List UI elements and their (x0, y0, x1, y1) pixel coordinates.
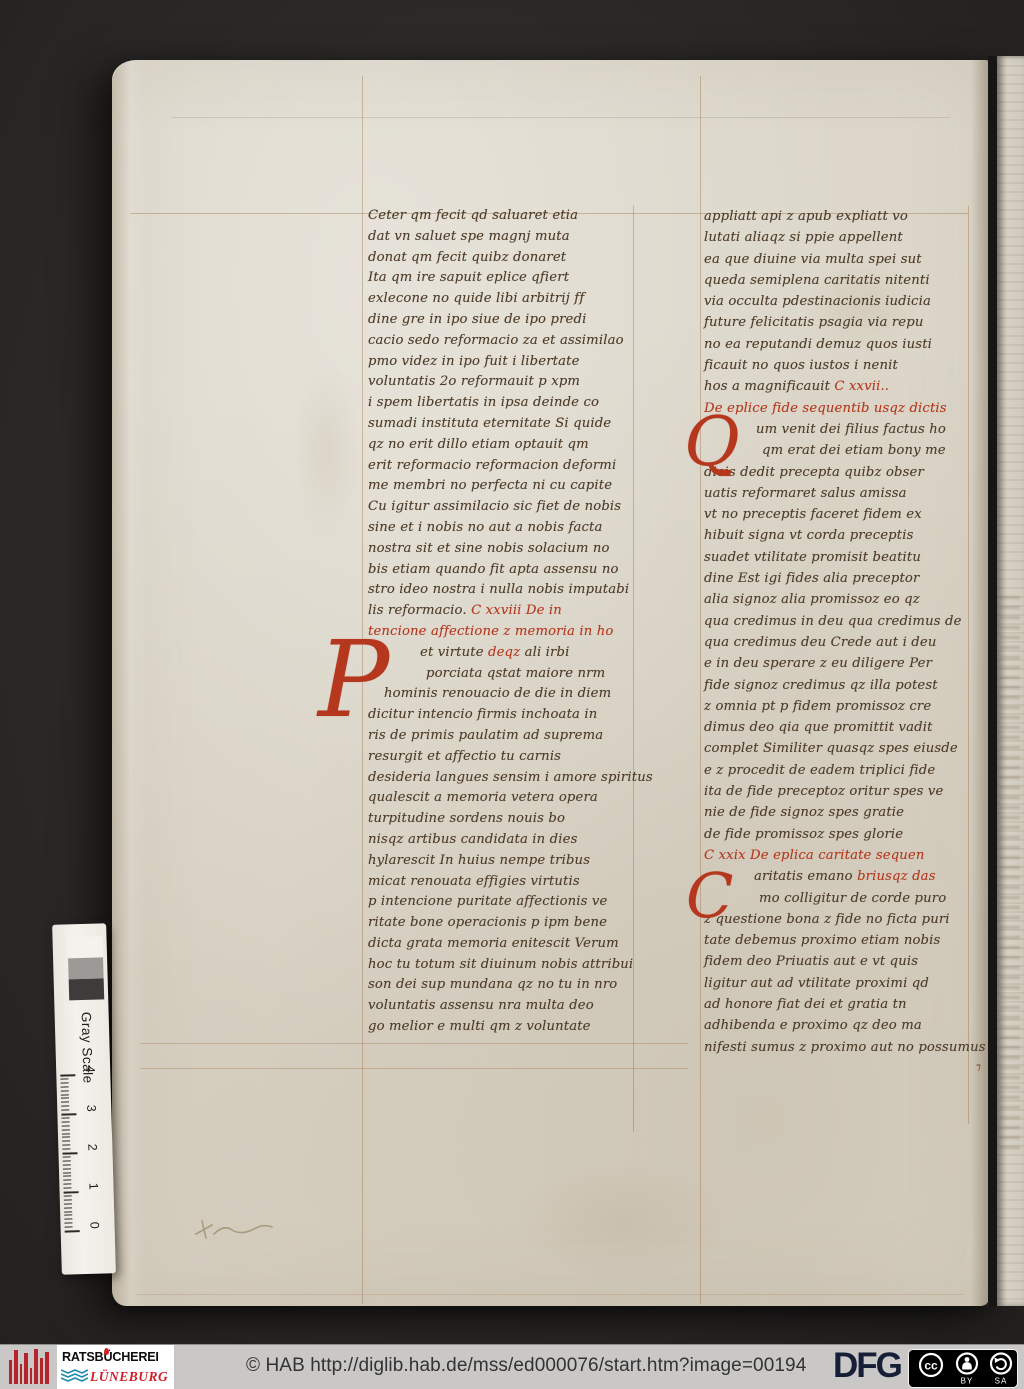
ruler-minor-tick (64, 1223, 72, 1224)
ruler-minor-tick (62, 1145, 70, 1146)
manuscript-line: go melior e multi qm z voluntate (368, 1017, 640, 1038)
manuscript-line: no ea reputandi demuz quos iusti (704, 334, 978, 355)
manuscript-line: ita de fide preceptoz oritur spes ve (704, 781, 978, 802)
manuscript-line: sine et i nobis no aut a nobis facta (368, 518, 640, 539)
text-column-left: Ceter qm fecit qd saluaret etiadat vn sa… (368, 206, 640, 1038)
copyright-url-text: © HAB http://diglib.hab.de/mss/ed000076/… (246, 1355, 806, 1377)
manuscript-line: z questione bona z fide no ficta puri (704, 909, 978, 930)
manuscript-line: qua credimus in deu qua credimus de (704, 611, 978, 632)
ruler-number: 1 (86, 1183, 100, 1190)
manuscript-line: hibuit signa vt corda preceptis (704, 525, 978, 546)
manuscript-line: voluntatis 2o reformauit p xpm (368, 372, 640, 393)
gray-patch-light (67, 936, 103, 958)
ruler-minor-tick (64, 1195, 72, 1196)
manuscript-line: qualescit a memoria vetera opera (368, 788, 640, 809)
ruler-minor-tick (63, 1172, 71, 1173)
gray-scale-label: Gray Scale (79, 1012, 96, 1084)
manuscript-line: exlecone no quide libi arbitrij ff (368, 289, 640, 310)
manuscript-line: Ita qm ire sapuit eplice qfiert (368, 268, 640, 289)
manuscript-line: dicitur intencio firmis inchoata in (368, 705, 640, 726)
ruler-minor-tick (64, 1199, 72, 1200)
manuscript-line: turpitudine sordens nouis bo (368, 809, 640, 830)
parchment-stain (512, 1160, 732, 1280)
ruling-line-vertical (700, 76, 701, 1304)
manuscript-line: complet Similiter quasqz spes eiusde (704, 738, 978, 759)
ruler-major-tick (60, 1074, 75, 1076)
manuscript-line: fide signoz credimus qz illa potest (704, 675, 978, 696)
rubricated-initial-P: P (318, 632, 389, 727)
ruler-minor-tick (61, 1086, 69, 1087)
manuscript-line: erit reformacio reformacion deformi (368, 456, 640, 477)
manuscript-line: uatis reformaret salus amissa (704, 483, 978, 504)
ruler-number: 3 (84, 1105, 98, 1112)
manuscript-line: C xxix De eplica caritate sequen (704, 845, 978, 866)
manuscript-line: nie de fide signoz spes gratie (704, 802, 978, 823)
parchment-crease (172, 117, 950, 118)
manuscript-line: De eplice fide sequentib usqz dictis (704, 398, 978, 419)
library-logo: RATSBÜCHEREI LÜNEBURG (57, 1345, 174, 1389)
manuscript-line: son dei sup mundana qz no tu in nro (368, 975, 640, 996)
manuscript-line: alia signoz alia promissoz eo qz (704, 589, 978, 610)
ruler-minor-tick (62, 1137, 70, 1138)
ruler-minor-tick (61, 1110, 69, 1111)
manuscript-line: tate debemus proximo etiam nobis (704, 930, 978, 951)
ruling-line-horizontal (140, 1043, 688, 1044)
manuscript-line: dine gre in ipo siue de ipo predi (368, 310, 640, 331)
manuscript-line: nifesti sumus z proximo aut no possumus (704, 1037, 978, 1058)
ruler-minor-tick (62, 1125, 70, 1126)
dfg-logo: DFG (833, 1346, 901, 1386)
library-name: RATSBÜCHEREI (62, 1350, 159, 1364)
manuscript-line: via occulta pdestinacionis iudicia (704, 291, 978, 312)
manuscript-line: Ceter qm fecit qd saluaret etia (368, 206, 640, 227)
photo-stage: Ceter qm fecit qd saluaret etiadat vn sa… (0, 0, 1024, 1389)
manuscript-line: e z procedit de eadem triplici fide (704, 760, 978, 781)
manuscript-line: queda semiplena caritatis nitenti (704, 270, 978, 291)
manuscript-line: qua credimus deu Crede aut i deu (704, 632, 978, 653)
cc-icon-text: cc (924, 1359, 938, 1373)
manuscript-line: fidem deo Priuatis aut e vt quis (704, 951, 978, 972)
manuscript-line: nisqz artibus candidata in dies (368, 830, 640, 851)
facing-page-text-bleed (1000, 596, 1020, 1156)
manuscript-line: aritatis emano briusqz das (704, 866, 978, 887)
manuscript-line: tencione affectione z memoria in ho (368, 622, 640, 643)
manuscript-line: dicis dedit precepta quibz obser (704, 462, 978, 483)
ruler-minor-tick (63, 1164, 71, 1165)
rubricated-initial-Q: Q (684, 412, 740, 473)
manuscript-line: micat renouata effigies virtutis (368, 872, 640, 893)
manuscript-line: vt no preceptis faceret fidem ex (704, 504, 978, 525)
manuscript-line: ris de primis paulatim ad suprema (368, 726, 640, 747)
rubricated-initial-C: C (686, 868, 733, 924)
ruler-minor-tick (61, 1082, 69, 1083)
ruler-minor-tick (64, 1207, 72, 1208)
manuscript-line: p intencione puritate affectionis ve (368, 892, 640, 913)
ruler-minor-tick (63, 1180, 71, 1181)
manuscript-line: hominis renouacio de die in diem (368, 684, 640, 705)
manuscript-line: cacio sedo reformacio za et assimilao (368, 331, 640, 352)
ruler-minor-tick (64, 1211, 72, 1212)
ruler-minor-tick (63, 1156, 71, 1157)
pen-trial-mark (190, 1212, 300, 1252)
manuscript-line: dine Est igi fides alia preceptor (704, 568, 978, 589)
ratsbuecherei-logo-icon (8, 1348, 52, 1387)
ruler-minor-tick (62, 1121, 70, 1122)
ruler-minor-tick (61, 1102, 69, 1103)
ruler-minor-tick (62, 1133, 70, 1134)
manuscript-line: dimus deo qia que promittit vadit (704, 717, 978, 738)
ruler-minor-tick (62, 1129, 70, 1130)
manuscript-line: lis reformacio. C xxviii De in (368, 601, 640, 622)
ruling-line-horizontal (140, 1068, 688, 1069)
sa-arrow-icon (991, 1354, 1011, 1374)
manuscript-line: voluntatis assensu nra multa deo (368, 996, 640, 1017)
ruler-minor-tick (61, 1106, 69, 1107)
ruler-minor-tick (62, 1141, 70, 1142)
manuscript-line: e in deu sperare z eu diligere Per (704, 653, 978, 674)
manuscript-line: lutati aliaqz si ppie appellent (704, 227, 978, 248)
gray-scale-bar: Gray Scale 43210 (52, 923, 116, 1274)
gray-scale-ruler: 43210 (52, 923, 106, 925)
library-city: LÜNEBURG (90, 1369, 168, 1385)
ruler-minor-tick (64, 1203, 72, 1204)
manuscript-line: pmo videz in ipo fuit i libertate (368, 352, 640, 373)
ruler-minor-tick (63, 1176, 71, 1177)
manuscript-line: de fide promissoz spes glorie (704, 824, 978, 845)
gray-patch-mid (68, 957, 104, 979)
ruler-minor-tick (63, 1184, 71, 1185)
manuscript-line: resurgit et affectio tu carnis (368, 747, 640, 768)
manuscript-line: ad honore fiat dei et gratia tn (704, 994, 978, 1015)
manuscript-line: mo colligitur de corde puro (704, 888, 978, 909)
manuscript-line: me membri no perfecta ni cu capite (368, 476, 640, 497)
ruler-minor-tick (65, 1226, 73, 1227)
manuscript-line: i spem libertatis in ipsa deinde co (368, 393, 640, 414)
facing-page-edge (997, 56, 1024, 1306)
text-column-right: appliatt api z apub expliatt volutati al… (704, 206, 978, 1058)
ruler-major-tick (62, 1152, 77, 1154)
manuscript-line: stro ideo nostra i nulla nobis imputabi (368, 580, 640, 601)
umlaut-droplet-icon (104, 1348, 109, 1355)
manuscript-line: hos a magnificauit C xxvii.. (704, 376, 978, 397)
manuscript-line: z omnia pt p fidem promissoz cre (704, 696, 978, 717)
ruler-number: 4 (83, 1066, 97, 1073)
sa-label: SA (995, 1377, 1008, 1386)
parchment-stain (292, 360, 362, 540)
manuscript-line: donat qm fecit quibz donaret (368, 248, 640, 269)
ruling-line-horizontal (136, 1294, 964, 1295)
manuscript-line: qm erat dei etiam bony me (704, 440, 978, 461)
manuscript-line: ligitur aut ad vtilitate proximi qd (704, 973, 978, 994)
manuscript-line: suadet vtilitate promisit beatitu (704, 547, 978, 568)
ruler-minor-tick (64, 1215, 72, 1216)
waves-icon (61, 1368, 88, 1384)
ruler-minor-tick (62, 1117, 70, 1118)
ruler-minor-tick (62, 1148, 70, 1149)
manuscript-line: desideria langues sensim i amore spiritu… (368, 768, 640, 789)
ruler-number: 2 (85, 1144, 99, 1151)
by-label: BY (961, 1377, 974, 1386)
manuscript-line: ritate bone operacionis p ipm bene (368, 913, 640, 934)
manuscript-line: dicta grata memoria enitescit Verum (368, 934, 640, 955)
manuscript-line: qz no erit dillo etiam optauit qm (368, 435, 640, 456)
manuscript-line: hoc tu totum sit diuinum nobis attribui (368, 955, 640, 976)
footer-bar: RATSBÜCHEREI LÜNEBURG © HAB http://digli… (0, 1344, 1024, 1389)
ruler-minor-tick (61, 1094, 69, 1095)
cc-by-sa-badge: cc BY SA (908, 1349, 1018, 1388)
manuscript-line: appliatt api z apub expliatt vo (704, 206, 978, 227)
manuscript-line: future felicitatis psagia via repu (704, 312, 978, 333)
quire-mark: ⁊ (976, 1062, 983, 1072)
ruler-minor-tick (63, 1160, 71, 1161)
manuscript-line: et virtute deqz ali irbi (368, 643, 640, 664)
ruler-major-tick (65, 1230, 80, 1232)
manuscript-line: nostra sit et sine nobis solacium no (368, 539, 640, 560)
manuscript-line: dat vn saluet spe magnj muta (368, 227, 640, 248)
manuscript-page: Ceter qm fecit qd saluaret etiadat vn sa… (112, 60, 990, 1306)
ruler-minor-tick (61, 1090, 69, 1091)
manuscript-line: ea que diuine via multa spei sut (704, 249, 978, 270)
manuscript-line: Cu igitur assimilacio sic fiet de nobis (368, 497, 640, 518)
manuscript-line: hylarescit In huius nempe tribus (368, 851, 640, 872)
book-gutter-shadow (988, 56, 997, 1306)
ruler-major-tick (61, 1113, 76, 1115)
ruler-minor-tick (60, 1078, 68, 1079)
ruler-minor-tick (63, 1187, 71, 1188)
manuscript-line: ficauit no quos iustos i nenit (704, 355, 978, 376)
manuscript-line: um venit dei filius factus ho (704, 419, 978, 440)
ruler-minor-tick (64, 1219, 72, 1220)
manuscript-line: bis etiam quando fit apta assensu no (368, 560, 640, 581)
manuscript-line: sumadi instituta eternitate Si quide (368, 414, 640, 435)
ruler-number: 0 (87, 1222, 101, 1229)
ruler-major-tick (64, 1191, 79, 1193)
gray-patch-dark (69, 978, 105, 1000)
ruler-minor-tick (61, 1098, 69, 1099)
manuscript-line: porciata qstat maiore nrm (368, 664, 640, 685)
manuscript-line: adhibenda e proximo qz deo ma (704, 1015, 978, 1036)
ruler-minor-tick (63, 1168, 71, 1169)
